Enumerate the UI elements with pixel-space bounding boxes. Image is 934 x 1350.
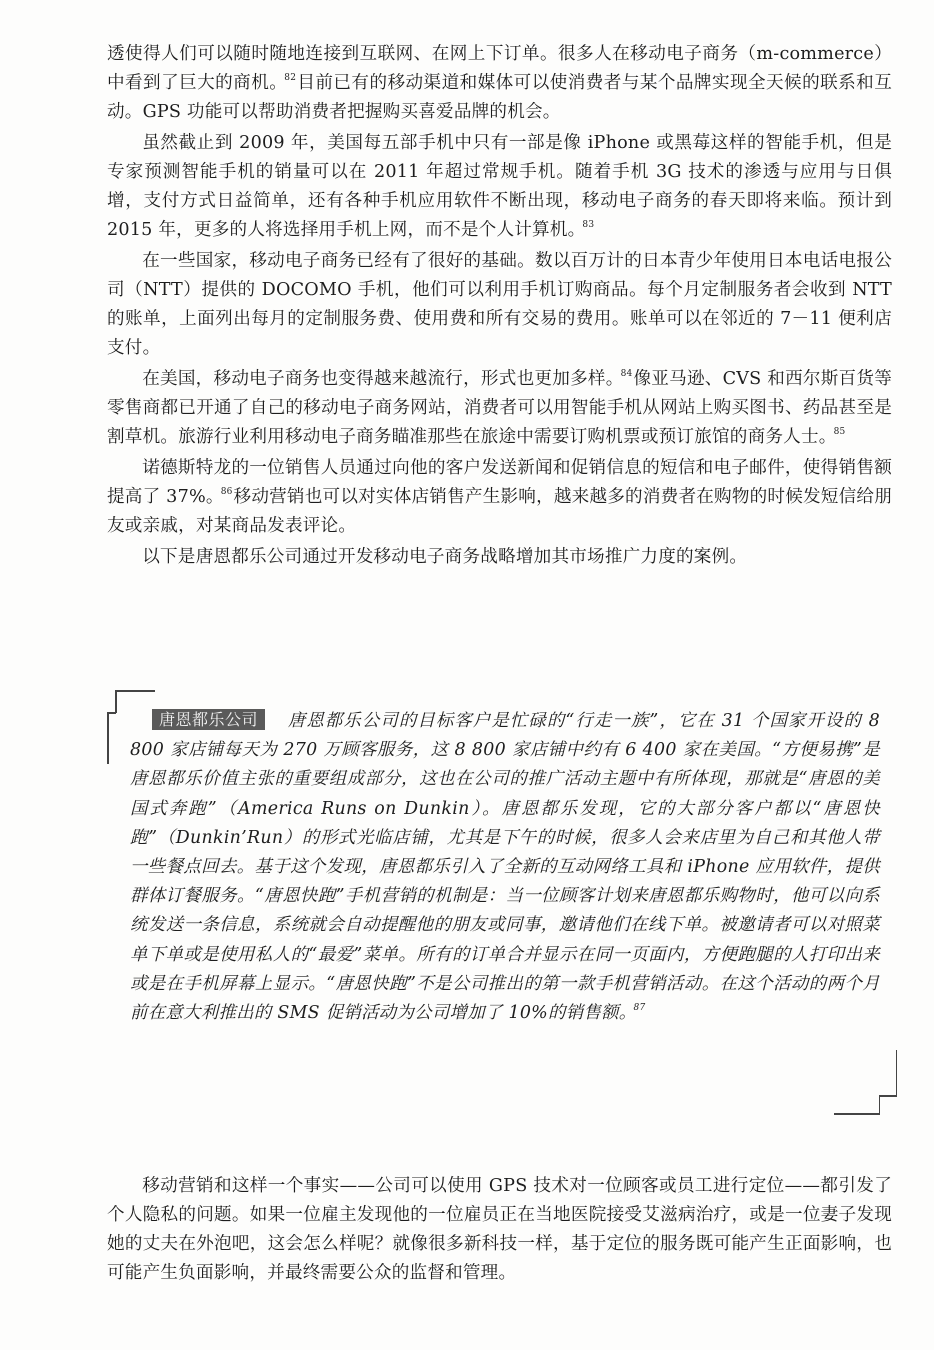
footnote-marker: 82 [284,73,296,83]
text-run: 虽然截止到 2009 年，美国每五部手机中只有一部是像 iPhone 或黑莓这样… [107,133,892,240]
footnote-marker: 87 [633,1003,645,1013]
footnote-marker: 86 [221,487,233,497]
text-run: 在一些国家，移动电子商务已经有了很好的基础。数以百万计的日本青少年使用日本电话电… [107,251,892,358]
main-text-top: 透使得人们可以随时随地连接到互联网、在网上下订单。很多人在移动电子商务（m-co… [107,40,892,574]
case-study-tag: 唐恩都乐公司 [152,709,265,730]
main-text-bottom: 移动营销和这样一个事实——公司可以使用 GPS 技术对一位顾客或员工进行定位——… [107,1172,892,1290]
paragraph: 在一些国家，移动电子商务已经有了很好的基础。数以百万计的日本青少年使用日本电话电… [107,247,892,363]
text-run: 在美国，移动电子商务也变得越来越流行，形式也更加多样。 [142,369,623,389]
bracket-bottom-right-line [834,1113,880,1115]
paragraph: 诺德斯特龙的一位销售人员通过向他的客户发送新闻和促销信息的短信和电子邮件，使得销… [107,454,892,541]
text-run: 以下是唐恩都乐公司通过开发移动电子商务战略增加其市场推广力度的案例。 [142,547,747,567]
bracket-top-left-line [107,712,109,764]
footnote-marker: 83 [582,220,594,230]
case-study-body: 唐恩都乐公司的目标客户是忙碌的“行走一族”，它在 31 个国家开设的 8 800… [130,711,880,1023]
case-study-box: 唐恩都乐公司唐恩都乐公司的目标客户是忙碌的“行走一族”，它在 31 个国家开设的… [107,690,897,1130]
bracket-bottom-right-line [879,1095,897,1097]
paragraph: 虽然截止到 2009 年，美国每五部手机中只有一部是像 iPhone 或黑莓这样… [107,129,892,245]
bracket-bottom-right-line [896,1050,898,1096]
book-page: 透使得人们可以随时随地连接到互联网、在网上下订单。很多人在移动电子商务（m-co… [0,0,934,1350]
bracket-top-left-line [115,690,155,692]
paragraph: 透使得人们可以随时随地连接到互联网、在网上下订单。很多人在移动电子商务（m-co… [107,40,892,127]
text-run: 唐恩都乐公司的目标客户是忙碌的“行走一族”，它在 31 个国家开设的 8 800… [130,711,880,1023]
bracket-top-left-line [115,690,117,713]
case-study-text: 唐恩都乐公司唐恩都乐公司的目标客户是忙碌的“行走一族”，它在 31 个国家开设的… [130,707,880,1028]
paragraph: 移动营销和这样一个事实——公司可以使用 GPS 技术对一位顾客或员工进行定位——… [107,1172,892,1288]
footnote-marker: 85 [834,427,846,437]
footnote-marker: 84 [621,369,633,379]
text-run: 移动营销和这样一个事实——公司可以使用 GPS 技术对一位顾客或员工进行定位——… [107,1176,892,1283]
bracket-bottom-right-line [879,1095,881,1114]
paragraph: 以下是唐恩都乐公司通过开发移动电子商务战略增加其市场推广力度的案例。 [107,543,892,572]
paragraph: 在美国，移动电子商务也变得越来越流行，形式也更加多样。84像亚马逊、CVS 和西… [107,365,892,452]
